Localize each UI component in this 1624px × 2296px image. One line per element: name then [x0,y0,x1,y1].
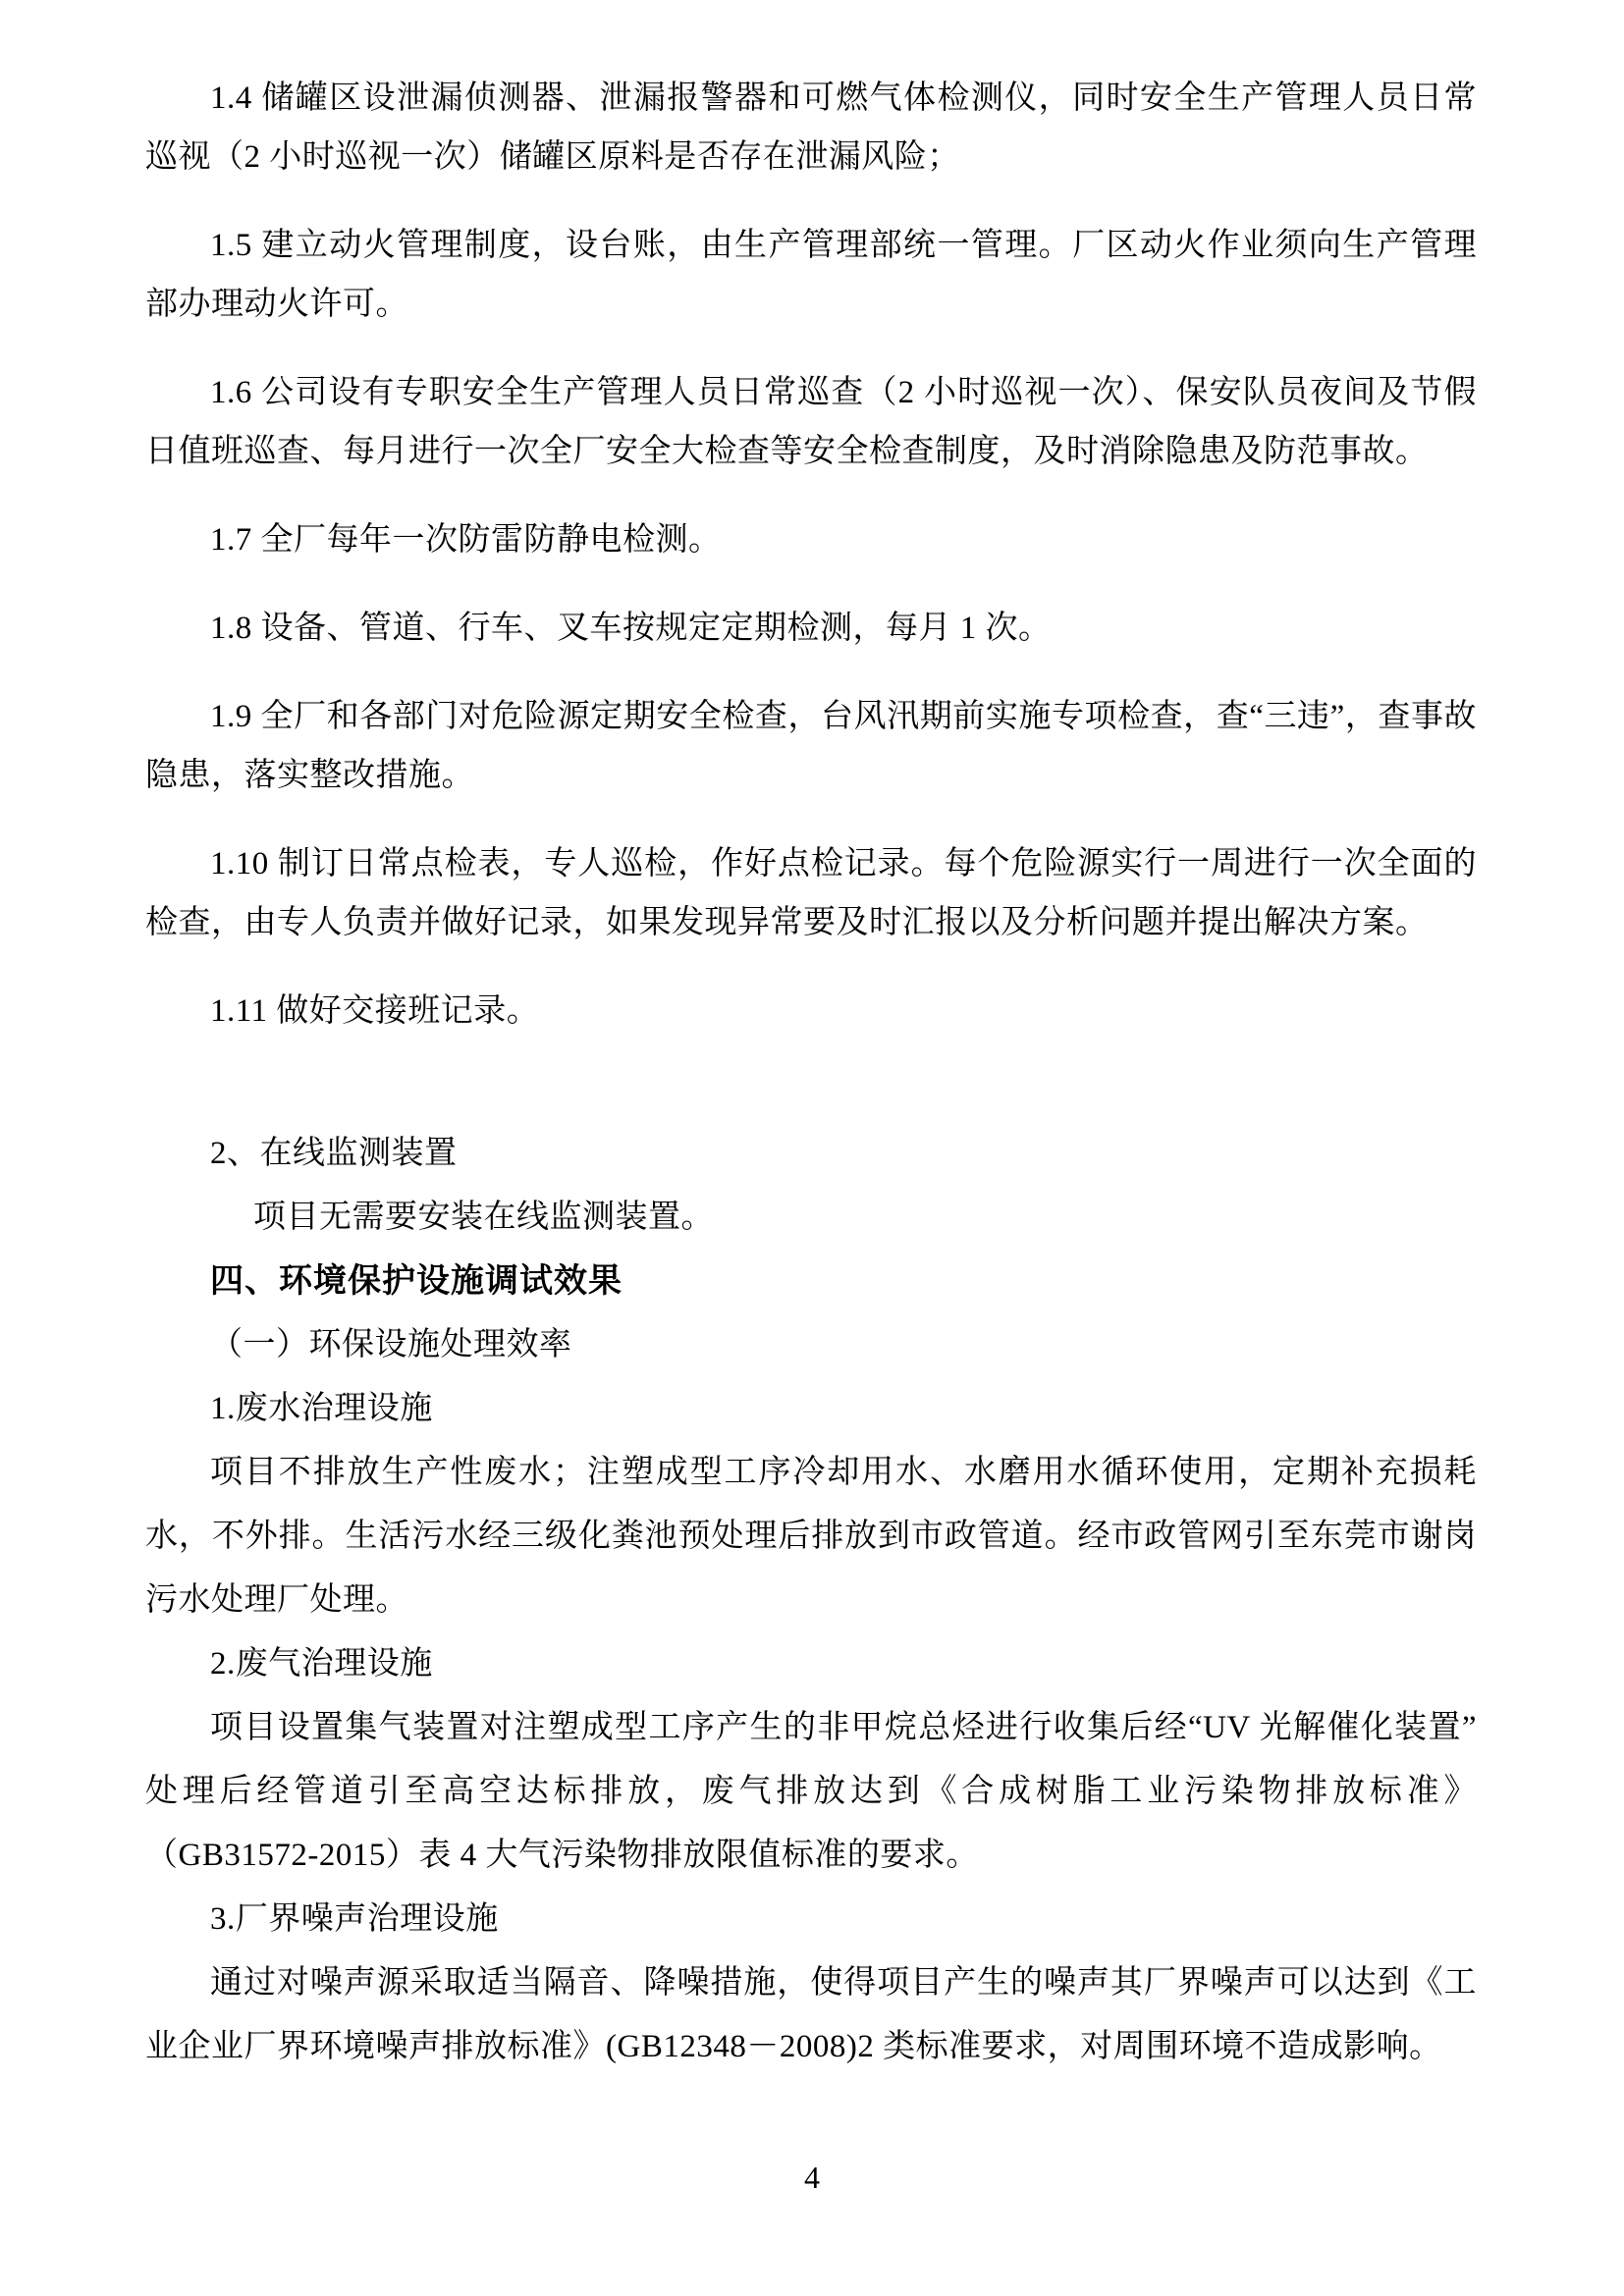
heading-chapter-4-1: （一）环保设施处理效率 [145,1313,1477,1377]
document-body: 1.4 储罐区设泄漏侦测器、泄漏报警器和可燃气体检测仪，同时安全生产管理人员日常… [145,69,1477,2079]
page-number: 4 [0,2158,1624,2197]
paragraph-item-1-6: 1.6 公司设有专职安全生产管理人员日常巡查（2 小时巡视一次）、保安队员夜间及… [145,363,1477,481]
paragraph-item-1-10: 1.10 制订日常点检表，专人巡检，作好点检记录。每个危险源实行一周进行一次全面… [145,834,1477,952]
heading-noise-facility: 3.厂界噪声治理设施 [145,1888,1477,1951]
heading-online-monitoring: 2、在线监测装置 [145,1122,1477,1186]
paragraph-item-1-5: 1.5 建立动火管理制度，设台账，由生产管理部统一管理。厂区动火作业须向生产管理… [145,216,1477,334]
paragraph-noise-facility: 通过对噪声源采取适当隔音、降噪措施，使得项目产生的噪声其厂界噪声可以达到《工业企… [145,1951,1477,2079]
paragraph-item-1-8: 1.8 设备、管道、行车、叉车按规定定期检测，每月 1 次。 [145,599,1477,658]
section-monitoring-and-effects: 2、在线监测装置 项目无需要安装在线监测装置。 四、环境保护设施调试效果 （一）… [145,1122,1477,2079]
paragraph-waste-gas-facility: 项目设置集气装置对注塑成型工序产生的非甲烷总烃进行收集后经“UV 光解催化装置”… [145,1696,1477,1888]
heading-wastewater-facility: 1.废水治理设施 [145,1377,1477,1441]
paragraph-item-1-11: 1.11 做好交接班记录。 [145,982,1477,1041]
paragraph-item-1-7: 1.7 全厂每年一次防雷防静电检测。 [145,510,1477,569]
heading-chapter-4: 四、环境保护设施调试效果 [145,1250,1477,1313]
document-page: 1.4 储罐区设泄漏侦测器、泄漏报警器和可燃气体检测仪，同时安全生产管理人员日常… [0,0,1624,2296]
paragraph-wastewater-facility: 项目不排放生产性废水；注塑成型工序冷却用水、水磨用水循环使用，定期补充损耗水，不… [145,1441,1477,1632]
paragraph-online-monitoring: 项目无需要安装在线监测装置。 [145,1186,1477,1250]
section-safety-measures: 1.4 储罐区设泄漏侦测器、泄漏报警器和可燃气体检测仪，同时安全生产管理人员日常… [145,69,1477,1041]
heading-waste-gas-facility: 2.废气治理设施 [145,1632,1477,1696]
paragraph-item-1-4: 1.4 储罐区设泄漏侦测器、泄漏报警器和可燃气体检测仪，同时安全生产管理人员日常… [145,69,1477,187]
paragraph-item-1-9: 1.9 全厂和各部门对危险源定期安全检查，台风汛期前实施专项检查，查“三违”，查… [145,687,1477,805]
